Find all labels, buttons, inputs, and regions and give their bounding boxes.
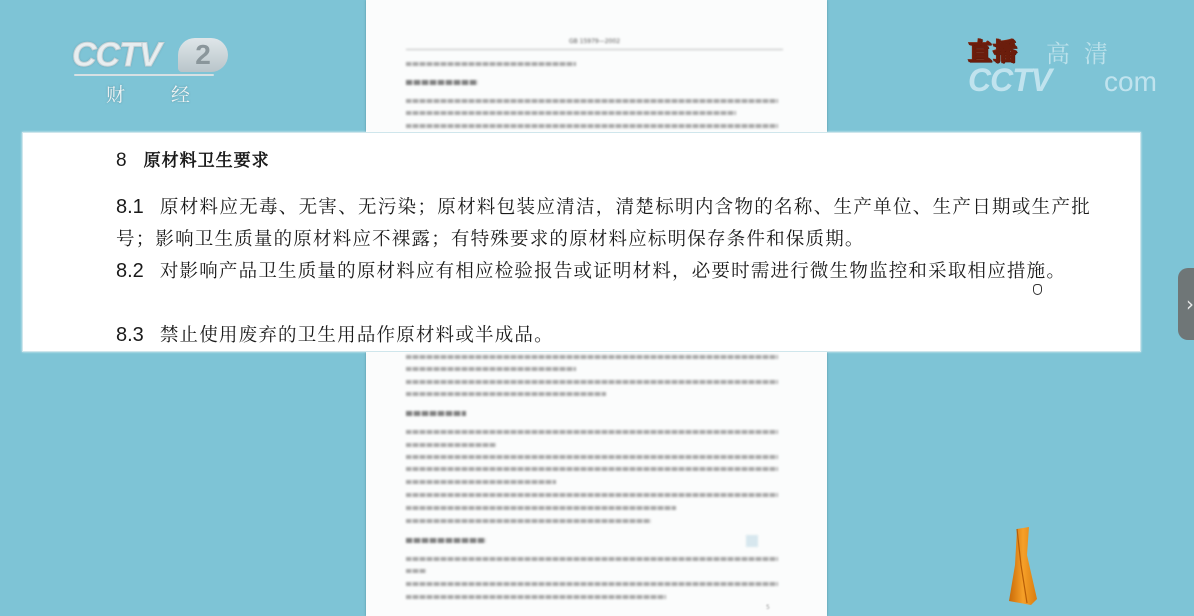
section-number: 8 xyxy=(116,150,128,171)
domain-suffix: com xyxy=(1104,66,1157,98)
clause-text: 禁止使用废弃的卫生用品作原材料或半成品。 xyxy=(160,325,554,346)
clause-number: 8.1 xyxy=(116,196,144,218)
doc-text-line xyxy=(406,506,676,510)
doc-text-line xyxy=(406,367,576,371)
hd-label: 高清 xyxy=(1046,34,1122,69)
doc-text-line xyxy=(406,430,778,434)
channel-brand: CCTV xyxy=(72,36,161,75)
document-header: GB 15979—2002 xyxy=(406,38,783,50)
live-label: 直播 xyxy=(968,32,1018,67)
doc-text-line xyxy=(406,392,606,396)
clause-8-2: 8.2对影响产品卫生质量的原材料应有相应检验报告或证明材料，必要时需进行微生物监… xyxy=(116,255,1091,288)
channel-number: 2 xyxy=(178,38,228,72)
live-hd-logo: 高清 CCTV com 直播 xyxy=(966,28,1166,100)
doc-text-line xyxy=(406,493,778,497)
doc-text-line xyxy=(406,519,651,523)
hand-cursor-icon xyxy=(1033,284,1042,295)
doc-heading-line xyxy=(406,80,478,85)
doc-text-line xyxy=(406,467,778,471)
cctv-watermark: CCTV xyxy=(968,62,1051,99)
doc-text-line xyxy=(406,99,778,103)
clause-text: 原材料应无毒、无害、无污染；原材料包装应清洁，清楚标明内含物的名称、生产单位、生… xyxy=(116,197,1091,250)
doc-text-line xyxy=(406,480,556,484)
doc-text-line xyxy=(406,569,426,573)
doc-text-line xyxy=(406,443,496,447)
clause-number: 8.2 xyxy=(116,260,144,282)
section-title: 原材料卫生要求 xyxy=(144,151,270,171)
clause-number: 8.3 xyxy=(116,324,144,346)
doc-text-line xyxy=(406,62,576,66)
doc-text-line xyxy=(406,582,778,586)
doc-text-line xyxy=(406,111,736,115)
doc-text-line xyxy=(406,355,778,359)
doc-text-line xyxy=(406,595,666,599)
clause-text: 对影响产品卫生质量的原材料应有相应检验报告或证明材料，必要时需进行微生物监控和采… xyxy=(160,261,1066,282)
clause-8-3: 8.3禁止使用废弃的卫生用品作原材料或半成品。 xyxy=(116,319,1091,352)
next-arrow-button[interactable]: › xyxy=(1178,268,1194,340)
doc-text-line xyxy=(406,557,778,561)
doc-text-line xyxy=(406,455,778,459)
logo-underline xyxy=(74,74,214,76)
chevron-right-icon: › xyxy=(1186,292,1194,316)
document-page-number: 5 xyxy=(766,604,770,611)
clause-8-1: 8.1原材料应无毒、无害、无污染；原材料包装应清洁，清楚标明内含物的名称、生产单… xyxy=(116,191,1091,256)
section-heading: 8原材料卫生要求 xyxy=(116,146,270,172)
doc-stamp-mark xyxy=(746,535,758,547)
channel-name: 财 经 xyxy=(106,80,210,107)
orange-ornament-icon xyxy=(1005,525,1045,609)
doc-text-line xyxy=(406,380,778,384)
doc-text-line xyxy=(406,124,778,128)
channel-logo: CCTV 2 财 经 xyxy=(72,36,227,106)
doc-heading-line xyxy=(406,411,466,416)
doc-heading-line xyxy=(406,538,486,543)
zoomed-excerpt-box: 8原材料卫生要求 8.1原材料应无毒、无害、无污染；原材料包装应清洁，清楚标明内… xyxy=(22,132,1141,352)
